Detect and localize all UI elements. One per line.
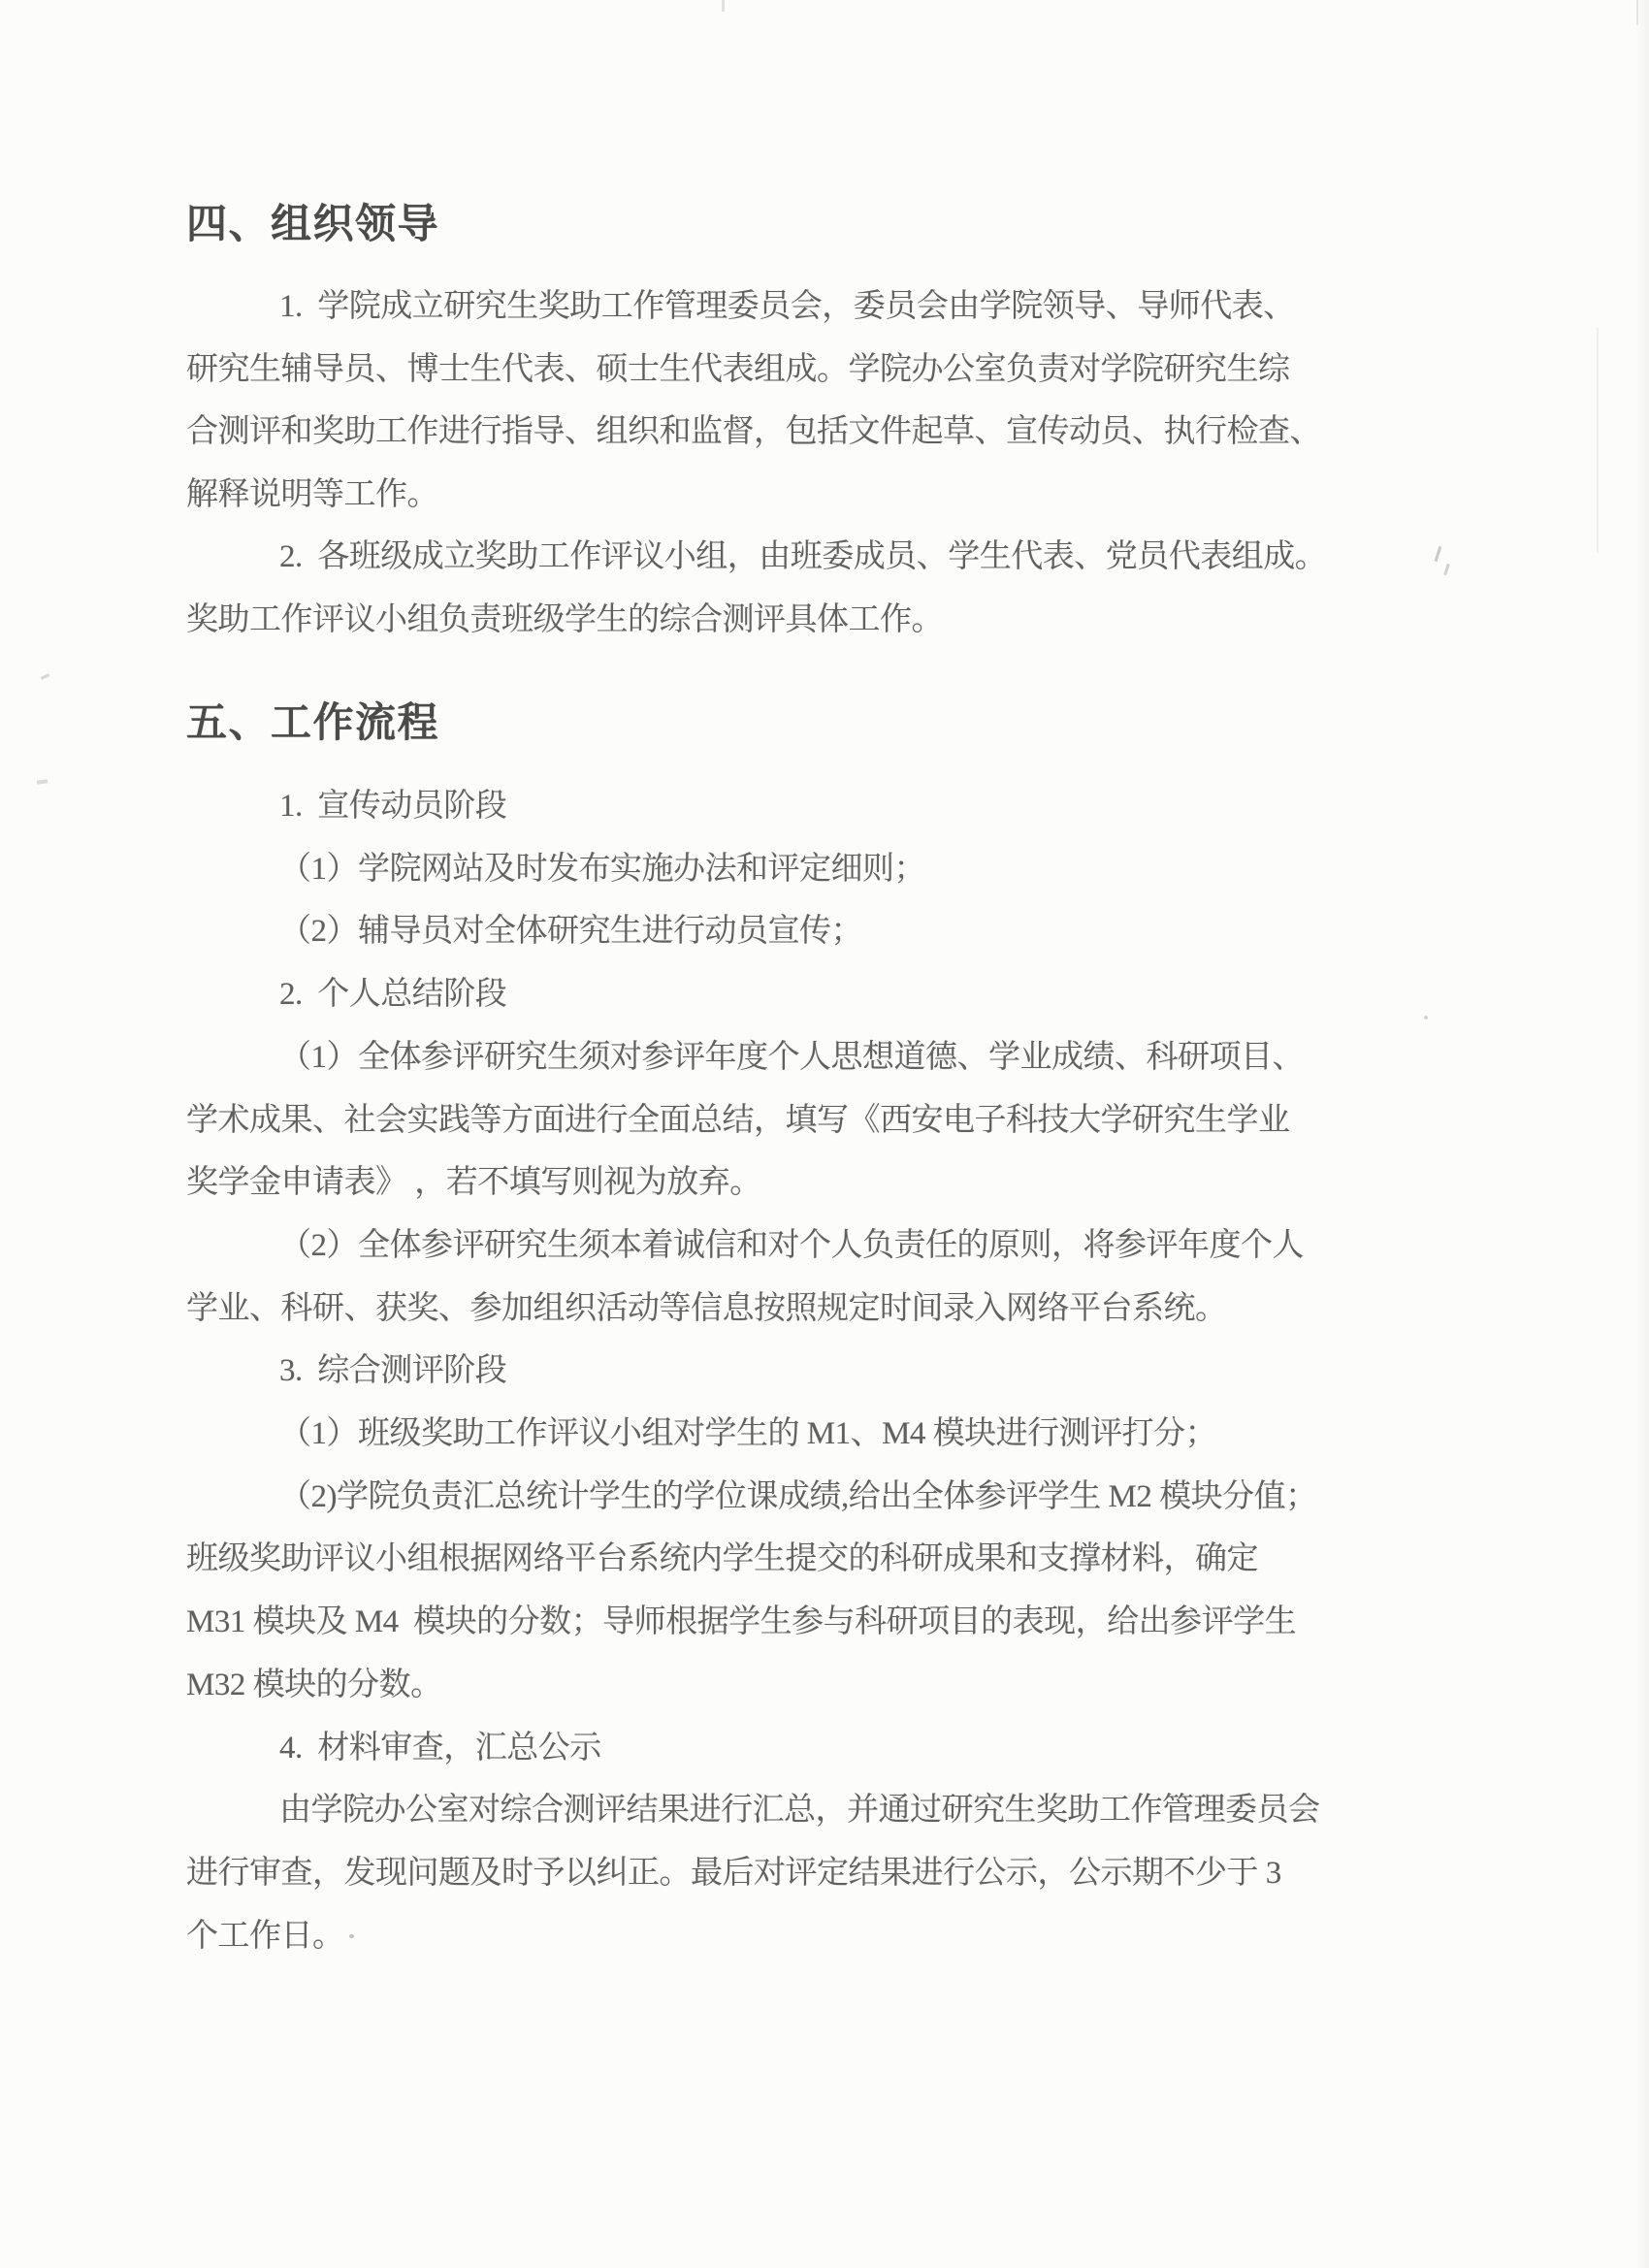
text-line: 研究生辅导员、博士生代表、硕士生代表组成。学院办公室负责对学院研究生综 xyxy=(186,339,1583,402)
section-organization-body: 1. 学院成立研究生奖助工作管理委员会，委员会由学院领导、导师代表、 研究生辅导… xyxy=(186,275,1583,651)
section-workflow-body: 1. 宣传动员阶段 （1）学院网站及时发布实施办法和评定细则； （2）辅导员对全… xyxy=(186,775,1583,1967)
text-line: 1. 宣传动员阶段 xyxy=(186,775,1583,838)
text-line: 由学院办公室对综合测评结果进行汇总，并通过研究生奖助工作管理委员会 xyxy=(186,1779,1583,1842)
text-line: （2)学院负责汇总统计学生的学位课成绩,给出全体参评学生 M2 模块分值； xyxy=(186,1466,1583,1529)
section-heading-workflow: 五、工作流程 xyxy=(186,703,439,744)
text-line: （2）全体参评研究生须本着诚信和对个人负责任的原则，将参评年度个人 xyxy=(186,1215,1583,1278)
text-line: 进行审查，发现问题及时予以纠正。最后对评定结果进行公示，公示期不少于 3 xyxy=(186,1842,1583,1905)
text-line: 4. 材料审查，汇总公示 xyxy=(186,1717,1583,1780)
text-line: M32 模块的分数。 xyxy=(186,1654,1583,1717)
text-line: 班级奖助评议小组根据网络平台系统内学生提交的科研成果和支撑材料，确定 xyxy=(186,1528,1583,1591)
text-line: 学业、科研、获奖、参加组织活动等信息按照规定时间录入网络平台系统。 xyxy=(186,1278,1583,1341)
text-line: 3. 综合测评阶段 xyxy=(186,1340,1583,1403)
text-line: 奖助工作评议小组负责班级学生的综合测评具体工作。 xyxy=(186,589,1583,652)
scan-artifact-top-speck xyxy=(722,0,725,12)
scanned-document-page: 四、组织领导 1. 学院成立研究生奖助工作管理委员会，委员会由学院领导、导师代表… xyxy=(0,0,1649,2268)
text-line: 学术成果、社会实践等方面进行全面总结，填写《西安电子科技大学研究生学业 xyxy=(186,1089,1583,1152)
text-line: （1）学院网站及时发布实施办法和评定细则； xyxy=(186,838,1583,901)
text-line: 个工作日。 xyxy=(186,1905,1583,1968)
text-line: （2）辅导员对全体研究生进行动员宣传； xyxy=(186,900,1583,963)
text-line: 合测评和奖助工作进行指导、组织和监督，包括文件起草、宣传动员、执行检查、 xyxy=(186,401,1583,464)
scan-artifact-left-speck xyxy=(37,779,48,784)
scan-artifact-left-speck xyxy=(41,673,49,680)
text-line: 解释说明等工作。 xyxy=(186,464,1583,527)
text-line: 1. 学院成立研究生奖助工作管理委员会，委员会由学院领导、导师代表、 xyxy=(186,275,1583,339)
text-line: （1）班级奖助工作评议小组对学生的 M1、M4 模块进行测评打分； xyxy=(186,1403,1583,1466)
text-line: 2. 各班级成立奖助工作评议小组，由班委成员、学生代表、党员代表组成。 xyxy=(186,526,1583,589)
scan-artifact-edge-shade xyxy=(1635,0,1649,2268)
section-heading-organization: 四、组织领导 xyxy=(186,205,439,245)
text-line: （1）全体参评研究生须对参评年度个人思想道德、学业成绩、科研项目、 xyxy=(186,1026,1583,1089)
text-line: 2. 个人总结阶段 xyxy=(186,963,1583,1026)
text-line: 奖学金申请表》 ，若不填写则视为放弃。 xyxy=(186,1151,1583,1215)
text-line: M31 模块及 M4 模块的分数；导师根据学生参与科研项目的表现，给出参评学生 xyxy=(186,1591,1583,1654)
scan-artifact-page-edge-line xyxy=(1597,328,1599,553)
